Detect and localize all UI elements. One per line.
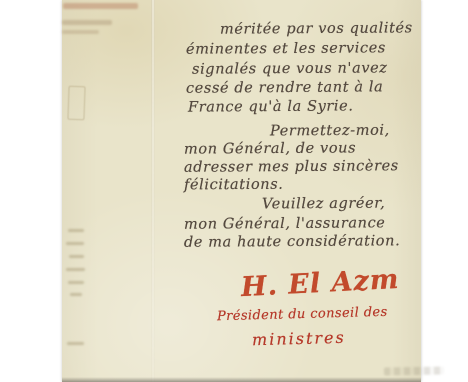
letter-line: de ma haute considération. xyxy=(184,233,400,251)
bleedthrough-mark xyxy=(66,242,84,245)
letter-line: adresser mes plus sincères xyxy=(184,158,399,175)
letter-line: Veuillez agréer, xyxy=(262,196,385,213)
letter-line: signalés que vous n'avez xyxy=(192,60,388,77)
signature-title-line: ministres xyxy=(252,328,346,349)
paper-fold-crease xyxy=(151,0,155,382)
letter-line: félicitations. xyxy=(184,177,284,194)
letter-line: éminentes et les services xyxy=(186,40,386,57)
paper-bottom-shadow xyxy=(62,377,421,382)
letter-photo: méritée par vos qualités éminentes et le… xyxy=(0,0,468,382)
letterhead-bleedthrough-line xyxy=(62,20,112,25)
letter-line: méritée par vos qualités xyxy=(220,20,413,37)
faint-pencil-note xyxy=(384,366,444,375)
bleedthrough-mark xyxy=(68,281,84,284)
signature-name: H. El Azm xyxy=(240,264,400,303)
bleedthrough-mark xyxy=(66,268,85,271)
bleedthrough-mark xyxy=(69,255,84,258)
letter-line: mon Général, l'assurance xyxy=(184,215,386,232)
bleedthrough-mark xyxy=(67,342,84,345)
letter-line: cessé de rendre tant à la xyxy=(186,79,383,96)
bleedthrough-mark xyxy=(68,229,84,232)
letter-line: Permettez-moi, xyxy=(270,123,390,140)
letterhead-bleedthrough-line xyxy=(63,3,138,9)
faint-pencil-outline xyxy=(67,86,85,121)
letter-line: mon Général, de vous xyxy=(184,140,356,157)
letter-paper: méritée par vos qualités éminentes et le… xyxy=(62,0,421,382)
letter-line: France qu'à la Syrie. xyxy=(188,98,354,115)
letterhead-bleedthrough-line xyxy=(62,30,99,34)
bleedthrough-mark xyxy=(70,293,82,296)
signature-title-line: Président du conseil des xyxy=(217,305,388,324)
